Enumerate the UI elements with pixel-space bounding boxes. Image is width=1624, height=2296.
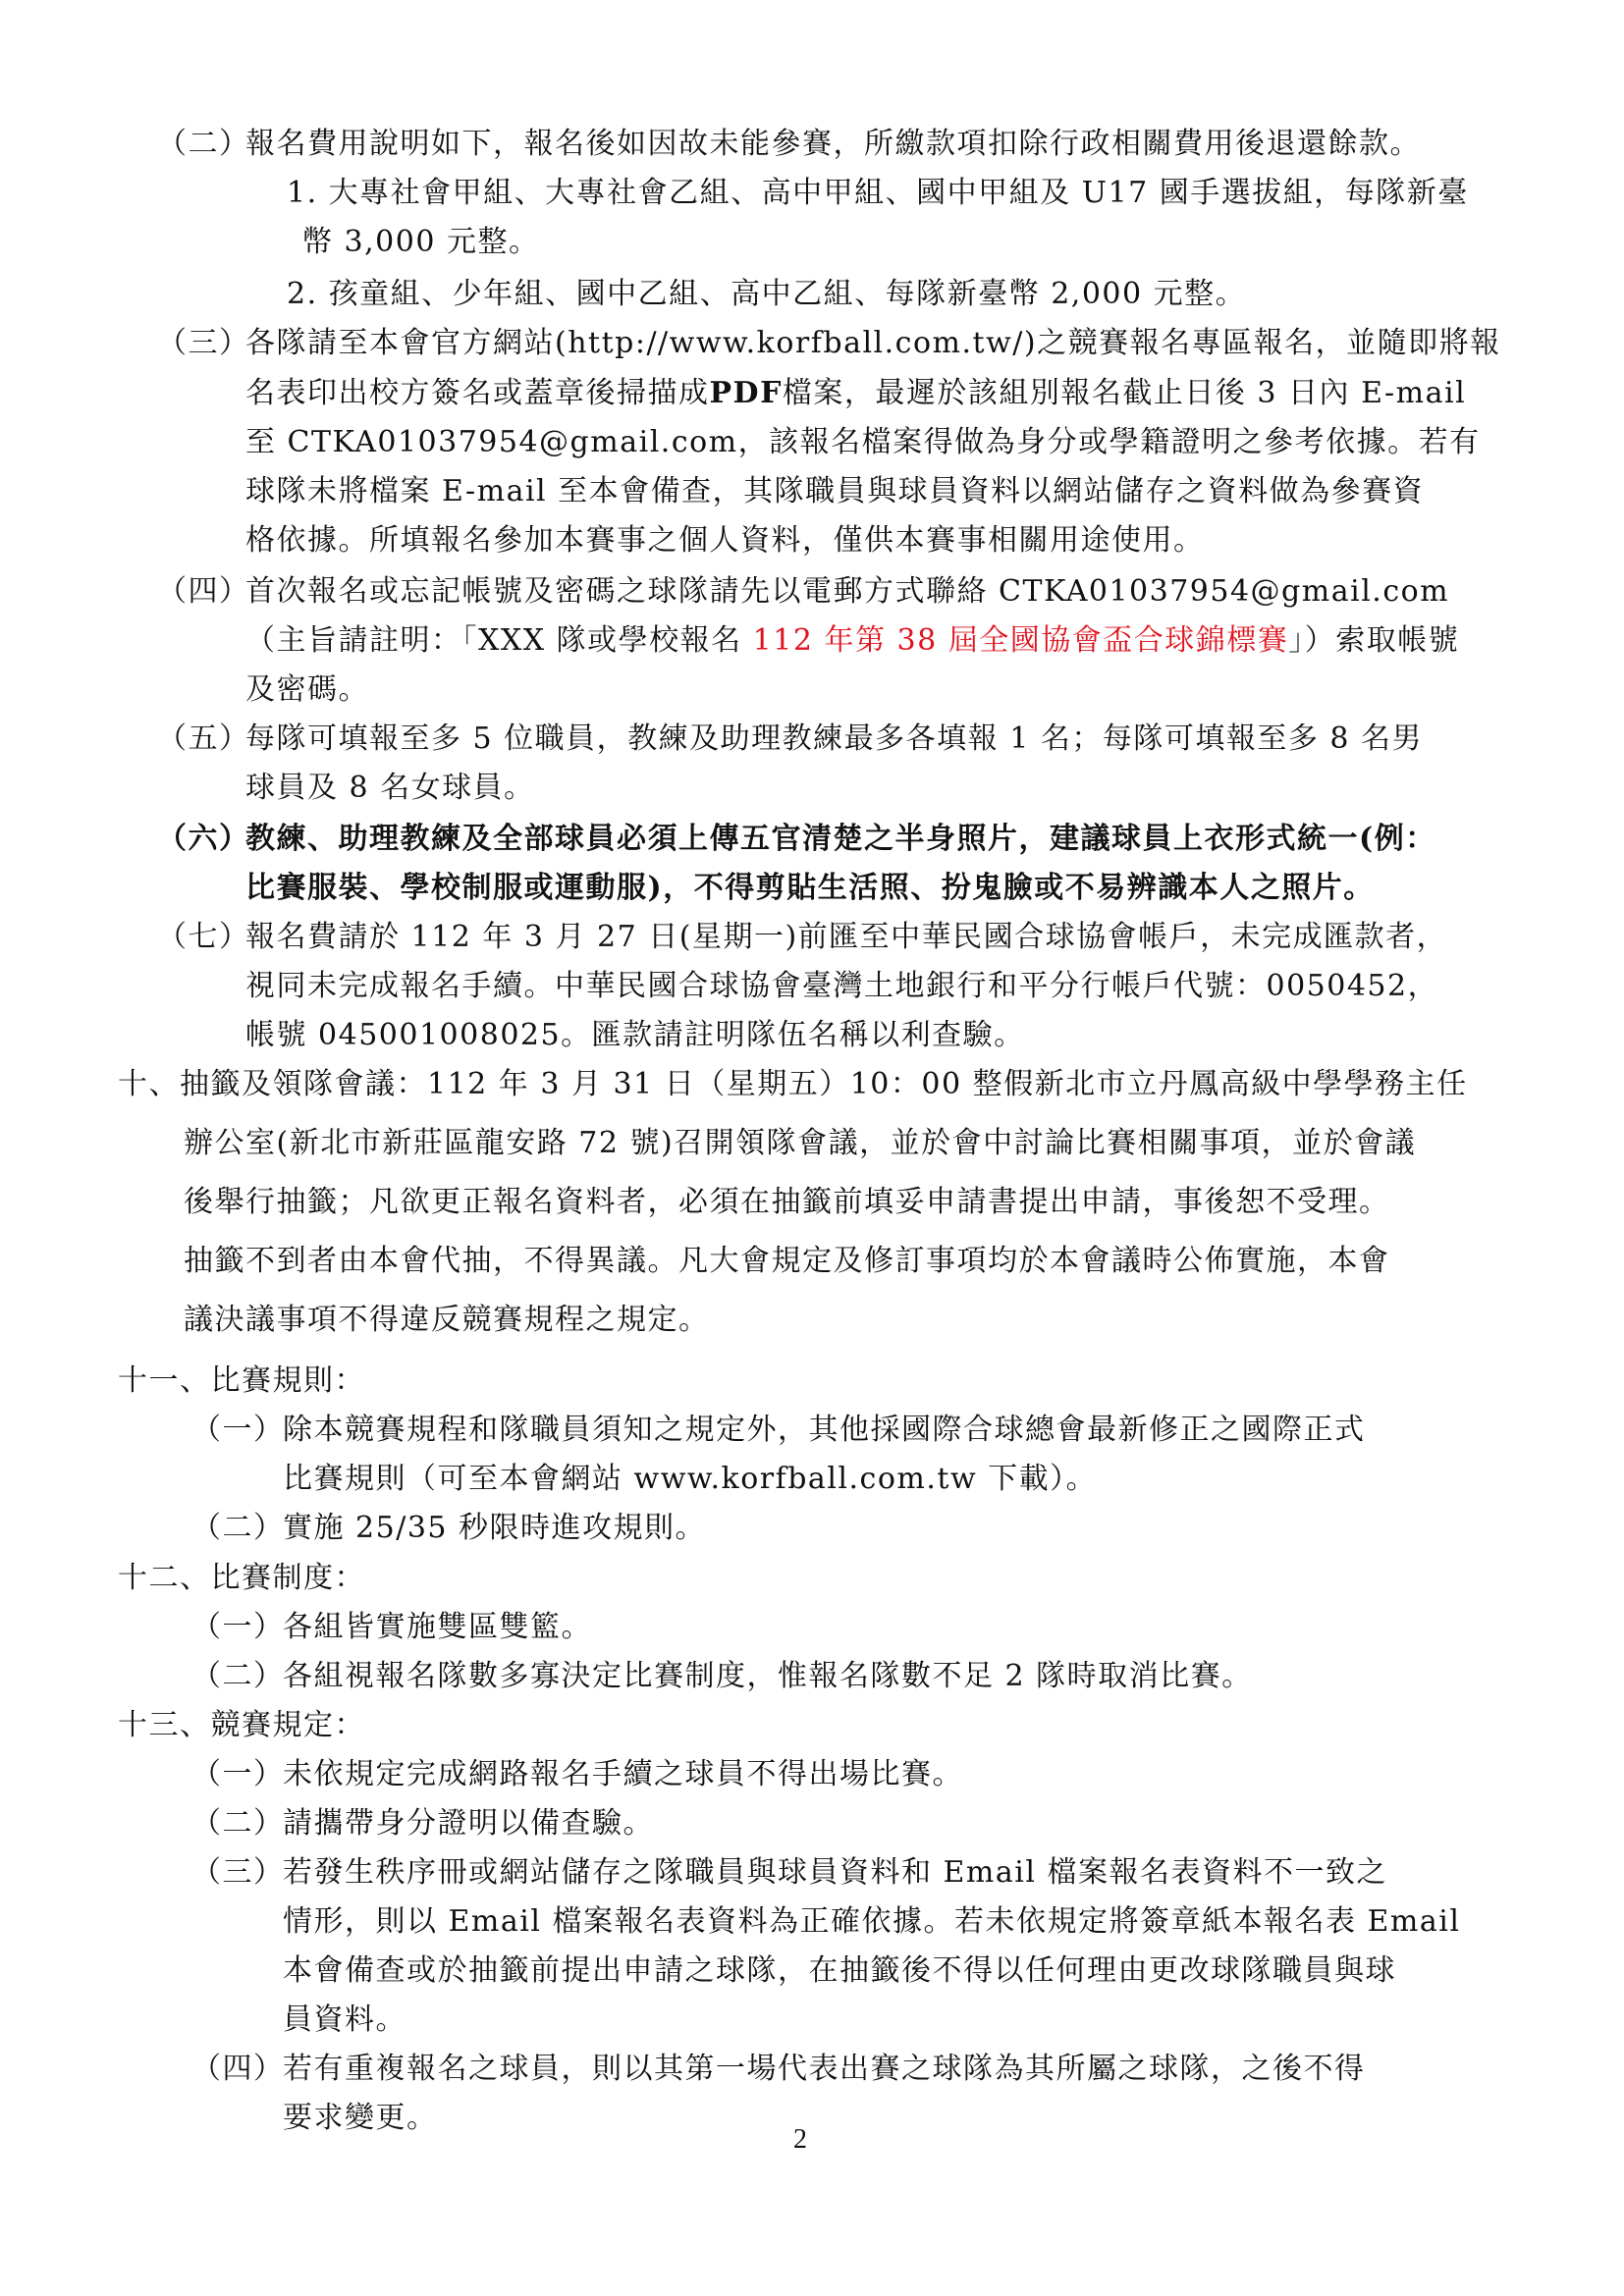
item-label: （三） [157,324,250,363]
paragraph-line: 每隊可填報至多 5 位職員，教練及助理教練最多各填報 1 名；每隊可填報至多 8… [245,720,1423,759]
paragraph-line: 抽籤不到者由本會代抽，不得異議。凡大會規定及修訂事項均於本會議時公佈實施，本會 [184,1242,1390,1281]
paragraph-line: 1. 大專社會甲組、大專社會乙組、高中甲組、國中甲組及 U17 國手選拔組，每隊… [287,174,1469,213]
paragraph-line: 未依規定完成網路報名手續之球員不得出場比賽。 [283,1755,963,1794]
paragraph-line: 後舉行抽籤；凡欲更正報名資料者，必須在抽籤前填妥申請書提出申請，事後恕不受理。 [184,1183,1390,1222]
paragraph-line: 各隊請至本會官方網站(http://www.korfball.com.tw/)之… [245,324,1501,363]
item-label: （一） [191,1411,285,1450]
item-label: （二） [191,1509,285,1548]
section-11-heading: 十一、比賽規則： [118,1362,365,1401]
paragraph-line: 議決議事項不得違反競賽規程之規定。 [184,1301,710,1340]
section-10-heading: 十、抽籤及領隊會議： [118,1067,427,1101]
paragraph-line: 帳號 045001008025。匯款請註明隊伍名稱以利查驗。 [245,1016,1025,1055]
paragraph-line: 實施 25/35 秒限時進攻規則。 [283,1509,706,1548]
section-12-heading: 十二、比賽制度： [118,1559,365,1598]
item-label: （四） [191,2050,285,2089]
paragraph-line: 若發生秩序冊或網站儲存之隊職員與球員資料和 Email 檔案報名表資料不一致之 [283,1853,1387,1893]
section-13-heading: 十三、競賽規定： [118,1706,365,1745]
paragraph-line: 報名費用說明如下，報名後如因故未能參賽，所繳款項扣除行政相關費用後退還餘款。 [245,125,1421,164]
paragraph-line: 教練、助理教練及全部球員必須上傳五官清楚之半身照片，建議球員上衣形式統一(例： [245,820,1436,859]
paragraph-line: 各組皆實施雙區雙籃。 [283,1608,592,1647]
paragraph-line: 情形，則以 Email 檔案報名表資料為正確依據。若未依規定將簽章紙本報名表 E… [283,1902,1460,1942]
document-page: （二） 報名費用說明如下，報名後如因故未能參賽，所繳款項扣除行政相關費用後退還餘… [0,0,1624,2296]
paragraph-line: 本會備查或於抽籤前提出申請之球隊，在抽籤後不得以任何理由更改球隊職員與球 [283,1951,1396,1991]
paragraph-line: 若有重複報名之球員，則以其第一場代表出賽之球隊為其所屬之球隊，之後不得 [283,2050,1366,2089]
paragraph-line: 視同未完成報名手續。中華民國合球協會臺灣土地銀行和平分行帳戶代號：0050452… [245,967,1438,1006]
item-label: （六） [157,820,250,859]
paragraph-line: 名表印出校方簽名或蓋章後掃描成PDF檔案，最遲於該組別報名截止日後 3 日內 E… [245,374,1466,413]
pdf-term: PDF [710,376,783,410]
paragraph-line: 首次報名或忘記帳號及密碼之球隊請先以電郵方式聯絡 CTKA01037954@gm… [245,572,1449,612]
paragraph-line: 幣 3,000 元整。 [302,223,539,262]
item-label: （二） [191,1657,285,1696]
paragraph-line: 除本競賽規程和隊職員須知之規定外，其他採國際合球總會最新修正之國際正式 [283,1411,1366,1450]
paragraph-line: 員資料。 [283,2001,406,2040]
paragraph-line: 至 CTKA01037954@gmail.com，該報名檔案得做為身分或學籍證明… [245,423,1481,462]
paragraph-line: 要求變更。 [283,2099,438,2138]
item-label: （四） [157,572,250,612]
text-span: 112 年 3 月 31 日（星期五）10：00 整假新北市立丹鳳高級中學學務主… [427,1067,1468,1101]
event-name-highlight: 112 年第 38 屆全國協會盃合球錦標賽 [753,623,1289,658]
item-label: （二） [191,1804,285,1843]
paragraph-line: 及密碼。 [245,670,369,710]
paragraph-line: （主旨請註明：「XXX 隊或學校報名 112 年第 38 屆全國協會盃合球錦標賽… [245,621,1459,661]
item-label: （五） [157,720,250,759]
paragraph-line: 報名費請於 112 年 3 月 27 日(星期一)前匯至中華民國合球協會帳戶，未… [245,918,1447,957]
section-heading: 十、抽籤及領隊會議：112 年 3 月 31 日（星期五）10：00 整假新北市… [118,1065,1468,1104]
paragraph-line: 球隊未將檔案 E-mail 至本會備查，其隊職員與球員資料以網站儲存之資料做為參… [245,472,1424,511]
paragraph-line: 請攜帶身分證明以備查驗。 [283,1804,654,1843]
text-span: 檔案，最遲於該組別報名截止日後 3 日內 E-mail [783,376,1466,410]
paragraph-line: 2. 孩童組、少年組、國中乙組、高中乙組、每隊新臺幣 2,000 元整。 [287,275,1246,314]
item-label: （三） [191,1853,285,1893]
paragraph-line: 球員及 8 名女球員。 [245,769,535,808]
paragraph-line: 辦公室(新北市新莊區龍安路 72 號)召開領隊會議，並於會中討論比賽相關事項，並… [184,1124,1416,1163]
paragraph-line: 比賽服裝、學校制服或運動服)，不得剪貼生活照、扮鬼臉或不易辨識本人之照片。 [245,869,1375,908]
text-span: 」）索取帳號 [1288,623,1459,658]
item-label: （一） [191,1608,285,1647]
item-label: （一） [191,1755,285,1794]
paragraph-line: 各組視報名隊數多寡決定比賽制度，惟報名隊數不足 2 隊時取消比賽。 [283,1657,1253,1696]
item-label: （二） [157,125,250,164]
text-span: （主旨請註明：「XXX 隊或學校報名 [245,623,753,658]
paragraph-line: 比賽規則（可至本會網站 www.korfball.com.tw 下載）。 [283,1460,1097,1499]
text-span: 名表印出校方簽名或蓋章後掃描成 [245,376,710,410]
paragraph-line: 格依據。所填報名參加本賽事之個人資料，僅供本賽事相關用途使用。 [245,521,1205,561]
item-label: （七） [157,918,250,957]
page-number: 2 [793,2124,807,2156]
